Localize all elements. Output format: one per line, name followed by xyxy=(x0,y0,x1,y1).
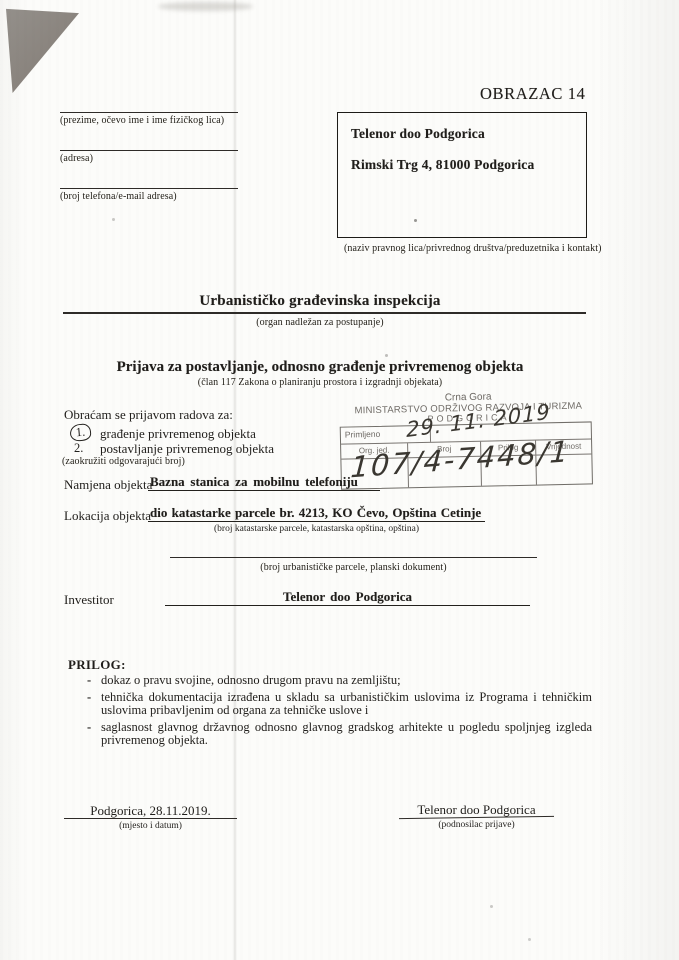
hand-drawn-circle: 1. xyxy=(69,423,91,442)
recipient-caption: (naziv pravnog lica/privrednog društva/p… xyxy=(344,243,602,254)
ink-speck xyxy=(385,354,388,357)
attachment-item: - tehnička dokumentacija izrađena u skla… xyxy=(87,691,592,718)
urban-parcel-line xyxy=(170,557,537,558)
form-code: OBRAZAC 14 xyxy=(480,84,585,104)
investor-label: Investitor xyxy=(64,592,114,608)
location-label: Lokacija objekta xyxy=(64,508,151,524)
purpose-label: Namjena objekta xyxy=(64,477,152,493)
submitter-label: (podnosilac prijave) xyxy=(399,820,554,830)
form-title: Prijava za postavljanje, odnosno građenj… xyxy=(55,359,585,376)
form-title-caption: (član 117 Zakona o planiranju prostora i… xyxy=(55,377,585,388)
place-date-line xyxy=(64,818,237,819)
recipient-name: Telenor doo Podgorica xyxy=(351,126,485,142)
scanned-form-page: OBRAZAC 14 (prezime, očevo ime i ime fiz… xyxy=(0,0,679,960)
applicant-phone-line xyxy=(60,188,238,189)
investor-value: Telenor doo Podgorica xyxy=(165,589,530,606)
location-caption: (broj katastarske parcele, katastarska o… xyxy=(148,524,485,534)
place-date-label: (mjesto i datum) xyxy=(64,821,237,831)
applicant-address-line xyxy=(60,150,238,151)
option-1-number: 1. xyxy=(74,424,91,441)
ink-speck xyxy=(490,905,493,908)
corner-fold-artifact xyxy=(6,8,79,93)
dash-bullet: - xyxy=(87,721,91,735)
option-2-label: postavljanje privremenog objekta xyxy=(100,441,274,457)
attachments-list: - dokaz o pravu svojine, odnosno drugom … xyxy=(87,674,592,751)
applicant-phone-label: (broj telefona/e-mail adresa) xyxy=(60,191,177,202)
option-1-label: građenje privremenog objekta xyxy=(100,426,256,442)
applicant-name-label: (prezime, očevo ime i ime fizičkog lica) xyxy=(60,115,224,126)
ink-speck xyxy=(528,938,531,941)
attachment-item: - saglasnost glavnog državnog odnosno gl… xyxy=(87,721,592,748)
scan-smudge xyxy=(158,2,253,11)
ink-speck xyxy=(414,219,417,222)
authority-title: Urbanističko građevinska inspekcija xyxy=(55,293,585,310)
attachment-item: - dokaz o pravu svojine, odnosno drugom … xyxy=(87,674,592,688)
ink-speck xyxy=(112,218,115,221)
dash-bullet: - xyxy=(87,691,91,705)
request-intro: Obraćam se prijavom radova za: xyxy=(64,407,233,423)
purpose-value: Bazna stanica za mobilnu telefoniju xyxy=(148,474,380,491)
request-note: (zaokružiti odgovarajući broj) xyxy=(62,456,185,467)
dash-bullet: - xyxy=(87,674,91,688)
applicant-address-label: (adresa) xyxy=(60,153,93,164)
authority-underline xyxy=(63,312,586,314)
attachment-text: saglasnost glavnog državnog odnosno glav… xyxy=(101,720,592,748)
option-1-number-text: 1. xyxy=(75,425,86,441)
recipient-address: Rimski Trg 4, 81000 Podgorica xyxy=(351,157,534,173)
attachments-title: PRILOG: xyxy=(68,657,126,673)
urban-parcel-caption: (broj urbanističke parcele, planski doku… xyxy=(170,562,537,573)
location-value: dio katastarke parcele br. 4213, KO Čevo… xyxy=(148,505,485,522)
attachment-text: dokaz o pravu svojine, odnosno drugom pr… xyxy=(101,673,401,687)
applicant-name-line xyxy=(60,112,238,113)
authority-caption: (organ nadležan za postupanje) xyxy=(55,317,585,328)
place-date-value: Podgorica, 28.11.2019. xyxy=(64,803,237,819)
attachment-text: tehnička dokumentacija izrađena u skladu… xyxy=(101,690,592,718)
option-2-number: 2. xyxy=(74,441,83,456)
recipient-box: Telenor doo Podgorica Rimski Trg 4, 8100… xyxy=(337,112,587,238)
